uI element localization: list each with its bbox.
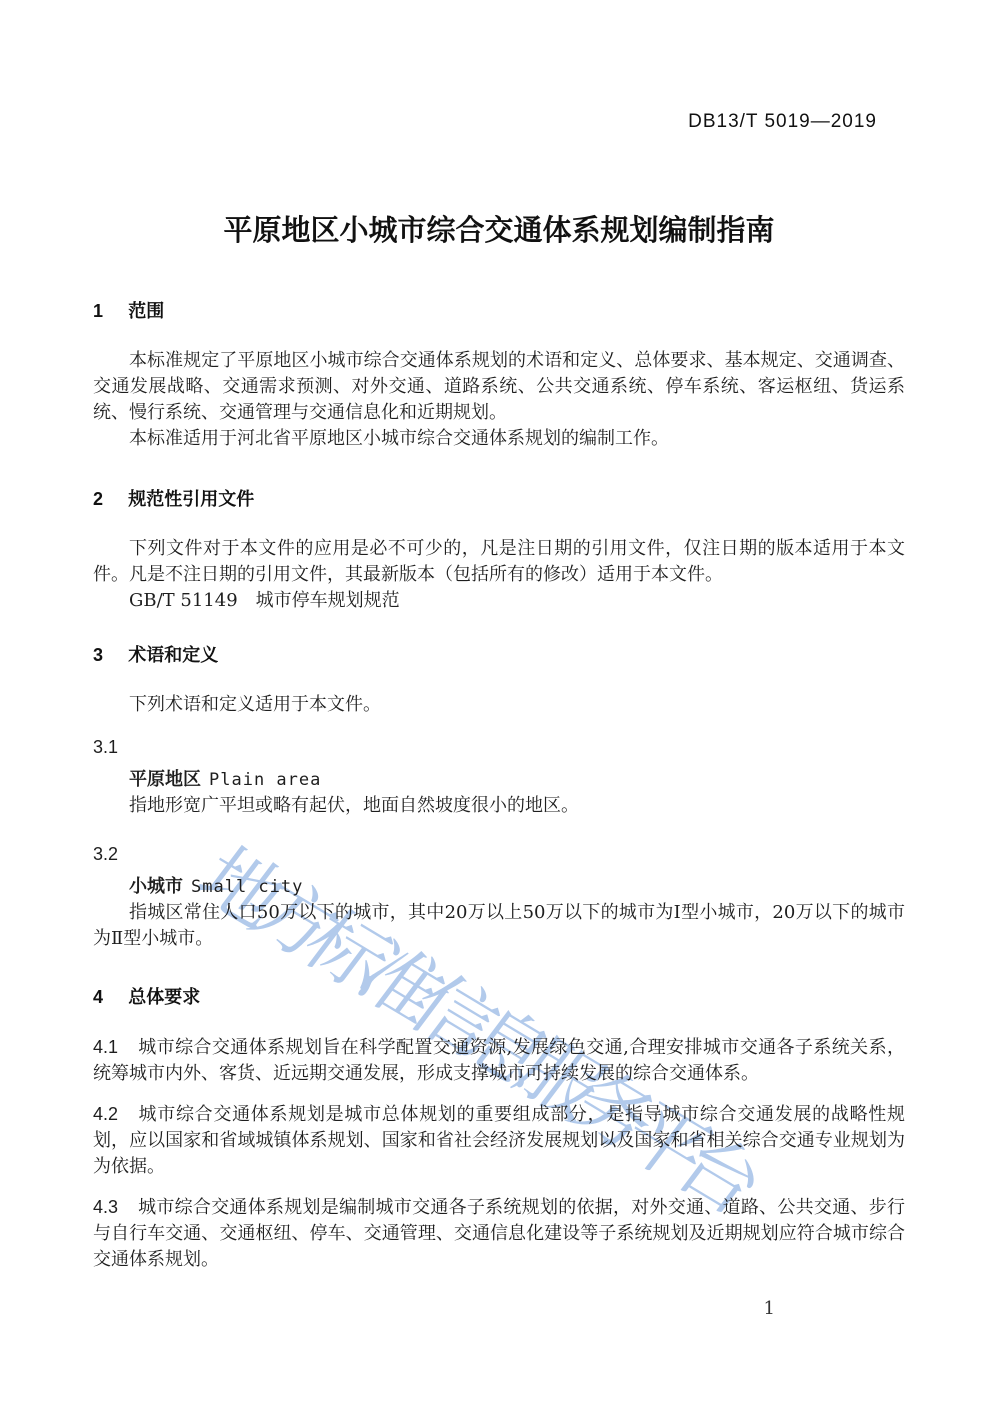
section-heading-4: 4总体要求 <box>93 986 905 1008</box>
section-title: 范围 <box>128 301 164 321</box>
section-title: 规范性引用文件 <box>128 489 254 509</box>
term2-number: 3.2 <box>93 841 905 867</box>
term2-en: Small city <box>191 877 303 897</box>
clause-4-1: 4.1城市综合交通体系规划旨在科学配置交通资源,发展绿色交通,合理安排城市交通各… <box>93 1034 905 1087</box>
section-number: 2 <box>93 489 103 509</box>
section-heading-3: 3术语和定义 <box>93 644 905 666</box>
page-number: 1 <box>93 1299 905 1319</box>
term1-line: 平原地区Plain area <box>93 766 905 793</box>
clause-text: 城市综合交通体系规划是城市总体规划的重要组成部分，是指导城市综合交通发展的战略性… <box>93 1104 905 1177</box>
section-number: 4 <box>93 987 103 1007</box>
document-page: 地方标准信息服务平台 DB13/T 5019—2019 平原地区小城市综合交通体… <box>0 0 993 1404</box>
section-title: 术语和定义 <box>128 645 218 665</box>
section-heading-2: 2规范性引用文件 <box>93 488 905 510</box>
term1-en: Plain area <box>209 770 321 790</box>
term2-line: 小城市Small city <box>93 873 905 900</box>
doc-number: DB13/T 5019—2019 <box>93 112 905 132</box>
clause-text: 城市综合交通体系规划旨在科学配置交通资源,发展绿色交通,合理安排城市交通各子系统… <box>93 1037 905 1084</box>
doc-title: 平原地区小城市综合交通体系规划编制指南 <box>93 212 905 250</box>
section3-paragraph-1: 下列术语和定义适用于本文件。 <box>93 692 905 718</box>
section-number: 3 <box>93 645 103 665</box>
clause-text: 城市综合交通体系规划是编制城市交通各子系统规划的依据，对外交通、道路、公共交通、… <box>93 1197 905 1270</box>
page-content: DB13/T 5019—2019 平原地区小城市综合交通体系规划编制指南 1范围… <box>0 0 993 1319</box>
section-number: 1 <box>93 301 103 321</box>
term2-definition: 指城区常住人口50万以下的城市，其中20万以上50万以下的城市为Ⅰ型小城市，20… <box>93 900 905 952</box>
clause-number: 4.2 <box>93 1104 118 1124</box>
term1-number: 3.1 <box>93 734 905 760</box>
clause-number: 4.3 <box>93 1197 118 1217</box>
section-heading-1: 1范围 <box>93 300 905 322</box>
section2-reference: GB/T 51149 城市停车规划规范 <box>93 588 905 614</box>
term1-definition: 指地形宽广平坦或略有起伏，地面自然坡度很小的地区。 <box>93 793 905 819</box>
clause-4-2: 4.2城市综合交通体系规划是城市总体规划的重要组成部分，是指导城市综合交通发展的… <box>93 1101 905 1180</box>
section2-paragraph-1: 下列文件对于本文件的应用是必不可少的，凡是注日期的引用文件，仅注日期的版本适用于… <box>93 536 905 588</box>
section1-paragraph-1: 本标准规定了平原地区小城市综合交通体系规划的术语和定义、总体要求、基本规定、交通… <box>93 348 905 426</box>
clause-4-3: 4.3城市综合交通体系规划是编制城市交通各子系统规划的依据，对外交通、道路、公共… <box>93 1194 905 1273</box>
term1-zh: 平原地区 <box>129 769 201 789</box>
term2-zh: 小城市 <box>129 876 183 896</box>
clause-number: 4.1 <box>93 1037 118 1057</box>
section1-paragraph-2: 本标准适用于河北省平原地区小城市综合交通体系规划的编制工作。 <box>93 426 905 452</box>
section-title: 总体要求 <box>128 987 200 1007</box>
